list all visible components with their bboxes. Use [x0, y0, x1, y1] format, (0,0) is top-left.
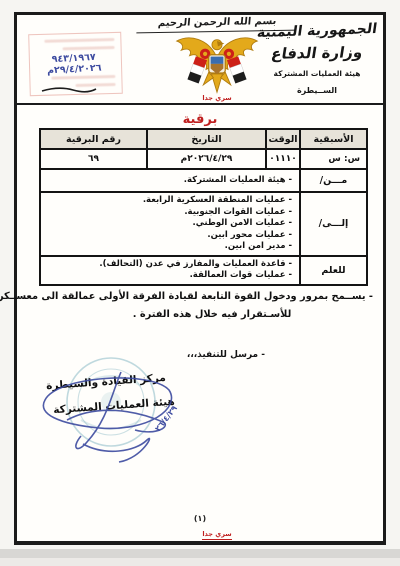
scanner-edge-strip-2	[0, 558, 400, 566]
letterhead: الجمهورية اليمنية وزارة الدفاع هيئة العم…	[257, 23, 377, 97]
signature-block: مركز القيادة والسيطرة هيئة العمليات المش…	[23, 362, 203, 472]
info-row: للعلم - قاعدة العمليات والمفارز في عدن (…	[40, 256, 367, 285]
telegram-number-value: ٦٩	[40, 149, 147, 169]
from-content: - هيئة العمليات المشتركة.	[40, 169, 300, 192]
telegram-document: ٩٤٣/١٩٦٧ ٢٩/٤/٢٠٢٦م بسم الله الرحمن الرح…	[14, 12, 386, 545]
body-line-2: للأسـتقرار فيه خلال هذه الفترة .	[21, 309, 373, 320]
ministry-name: وزارة الدفاع	[255, 43, 378, 63]
info-content: - قاعدة العمليات والمفارز في عدن (التحال…	[40, 256, 300, 285]
from-row: مـــن/ - هيئة العمليات المشتركة.	[40, 169, 367, 192]
header-separator	[17, 103, 383, 105]
date-value: ٢٠٢٦/٤/٢٩م	[147, 149, 266, 169]
handwritten-signature	[23, 362, 203, 472]
table-values-row: س: س ٠١١١٠ ٢٠٢٦/٤/٢٩م ٦٩	[40, 149, 367, 169]
country-name: الجمهورية اليمنية	[256, 21, 379, 41]
from-label: مـــن/	[300, 169, 367, 192]
info-label: للعلم	[300, 256, 367, 285]
telegram-meta-table: الأسبقية الوقت التاريخ رقم البرقية س: س …	[39, 128, 368, 286]
faint-stamp-line	[63, 46, 115, 50]
classification-bottom: سري جدا	[182, 530, 252, 538]
telegram-title-wrap: برقية	[17, 108, 383, 130]
to-content: - عمليات المنطقة العسكرية الرابعة. - عمل…	[40, 192, 300, 256]
page-number: (١)	[17, 514, 383, 523]
authority-name: هيئة العمليات المشتركة	[257, 69, 377, 78]
col-telegram-number: رقم البرقية	[40, 129, 147, 149]
col-time: الوقت	[266, 129, 300, 149]
time-value: ٠١١١٠	[266, 149, 300, 169]
department-name: الســيطرة	[297, 86, 337, 95]
to-label: إلـــى/	[300, 192, 367, 256]
scanner-edge-strip	[0, 549, 400, 558]
to-row: إلـــى/ - عمليات المنطقة العسكرية الرابع…	[40, 192, 367, 256]
col-precedence: الأسبقية	[300, 129, 367, 149]
telegram-body: - يســمح بمرور ودخول القوة التابعة لقياد…	[21, 291, 373, 320]
yemen-coat-of-arms-icon	[171, 31, 263, 95]
faint-stamp-line	[44, 38, 114, 43]
precedence-value: س: س	[300, 149, 367, 169]
dispatch-note: - مرسل للتنفيذ،،،	[187, 350, 265, 360]
body-line-1: - يســمح بمرور ودخول القوة التابعة لقياد…	[21, 291, 373, 302]
col-date: التاريخ	[147, 129, 266, 149]
table-header-row: الأسبقية الوقت التاريخ رقم البرقية	[40, 129, 367, 149]
handwritten-underline	[39, 85, 99, 95]
